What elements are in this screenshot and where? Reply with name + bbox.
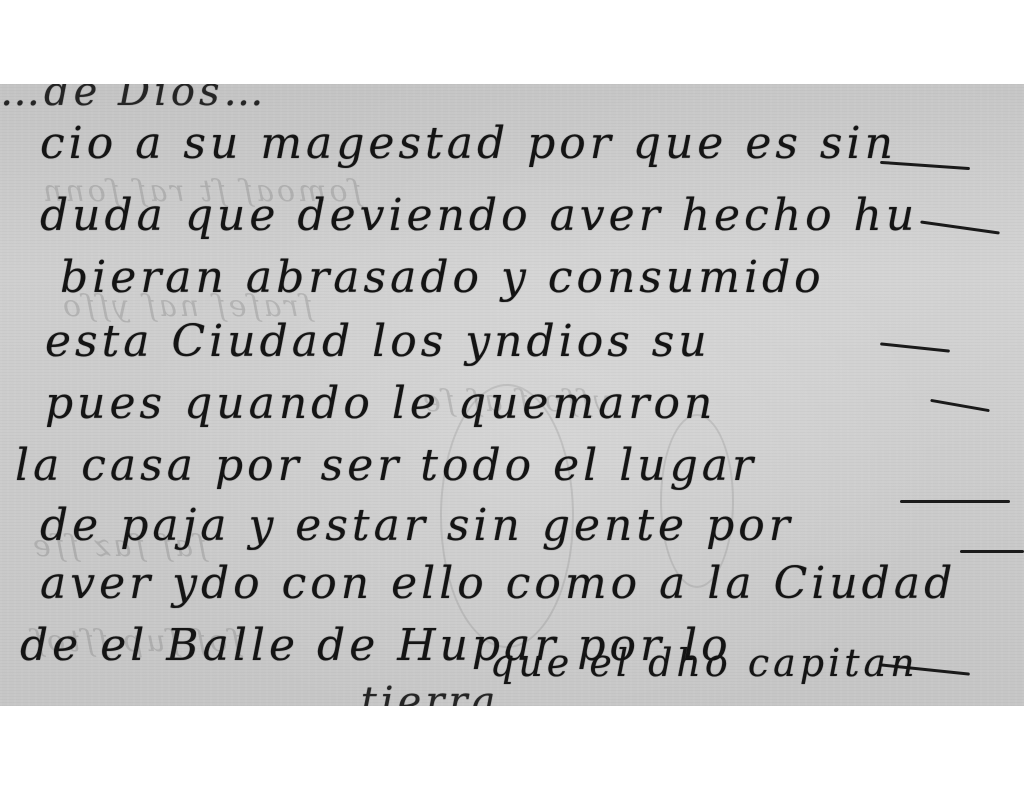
manuscript-line-8: aver ydo con ello como a la Ciudad: [40, 562, 956, 606]
line-end-flourish: [920, 220, 1000, 234]
manuscript-line-11: … tierra …: [300, 682, 560, 706]
manuscript-line-5: pues quando le quemaron: [45, 382, 716, 426]
manuscript-line-10: que el dho capitan: [490, 644, 919, 682]
line-end-flourish: [880, 342, 950, 352]
page: ſomoaſ ſt raſ ſonn ſraſeſ naſ yſſo yſſo …: [0, 0, 1024, 791]
manuscript-scan: ſomoaſ ſt raſ ſonn ſraſeſ naſ yſſo yſſo …: [0, 84, 1024, 706]
manuscript-line-1: cio a su magestad por que es sin: [40, 122, 897, 166]
line-end-flourish: [960, 550, 1024, 553]
manuscript-line-4: esta Ciudad los yndios su: [45, 320, 711, 364]
manuscript-line-3: bieran abrasado y consumido: [60, 256, 825, 300]
manuscript-line-0: …de Dios…: [0, 84, 267, 112]
line-end-flourish: [900, 500, 1010, 503]
manuscript-line-2: duda que deviendo aver hecho hu: [40, 194, 918, 238]
line-end-flourish: [930, 399, 990, 412]
manuscript-line-7: de paja y estar sin gente por: [40, 504, 794, 548]
manuscript-line-6: la casa por ser todo el lugar: [15, 444, 757, 488]
